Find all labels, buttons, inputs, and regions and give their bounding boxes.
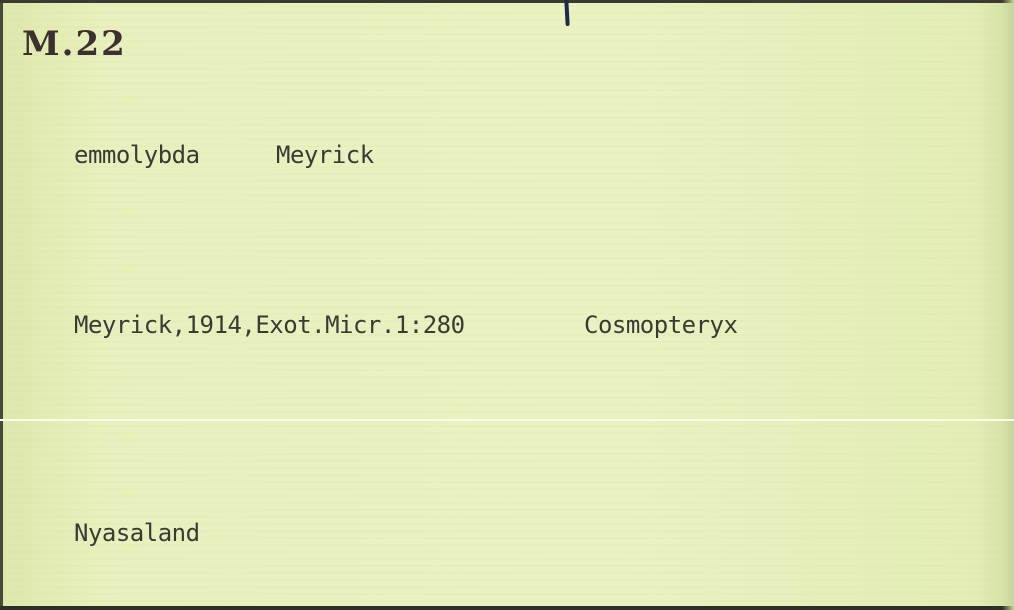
locality: Nyasaland [74,519,200,547]
genus-name: Cosmopteryx [584,311,737,339]
card-edge-shadow [1002,0,1014,610]
species-author: Meyrick [276,141,374,169]
ink-mark [564,0,569,26]
scan-seam-line [0,419,1014,421]
index-card: M.22 emmolybda Meyrick Meyrick,1914,Exot… [0,0,1014,610]
species-name: emmolybda [74,141,200,169]
literature-reference: Meyrick,1914,Exot.Micr.1:280 [74,311,465,339]
catalog-number: M.22 [22,24,127,64]
